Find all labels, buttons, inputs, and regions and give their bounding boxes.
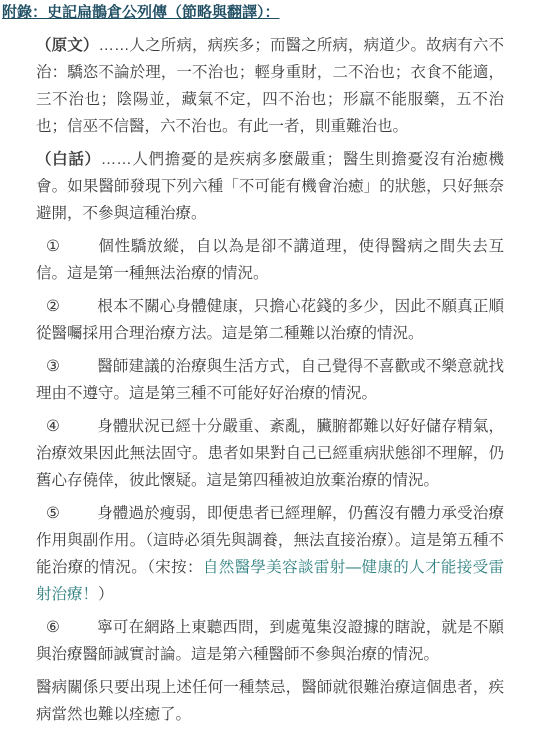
- document-page: 附錄：史記扁鵲倉公列傳（節略與翻譯）： （原文）……人之所病，病疾多；而醫之所病…: [0, 0, 541, 728]
- laser-article-link[interactable]: 自然醫學美容談雷射—健康的人才能接受雷射治療！: [36, 559, 504, 603]
- numbered-paragraph: ⑤身體過於瘦弱，即便患者已經理解，仍舊沒有體力承受治療作用與副作用。（這時必須先…: [36, 500, 504, 608]
- item-number: ④: [46, 418, 60, 435]
- paragraph-label: （白話）: [36, 151, 101, 168]
- item-number: ①: [46, 238, 61, 255]
- numbered-paragraph: ①個性驕放縱，自以為是卻不講道理，使得醫病之間失去互信。這是第一種無法治療的情況…: [36, 233, 504, 287]
- paragraph: （原文）……人之所病，病疾多；而醫之所病，病道少。故病有六不治：驕恣不論於理，一…: [36, 32, 504, 140]
- numbered-paragraph: ④身體狀況已經十分嚴重、紊亂，臟腑都難以好好儲存精氣，治療效果因此無法固守。患者…: [36, 413, 504, 494]
- numbered-paragraph: ⑥寧可在網路上東聽西問，到處蒐集沒證據的瞎說，就是不願與治療醫師誠實討論。這是第…: [36, 614, 504, 668]
- page-title: 附錄：史記扁鵲倉公列傳（節略與翻譯）：: [2, 4, 541, 22]
- item-number: ⑤: [46, 505, 60, 522]
- paragraph: （白話）……人們擔憂的是疾病多麼嚴重；醫生則擔憂沒有治癒機會。如果醫師發現下列六…: [36, 146, 504, 227]
- numbered-paragraph: ③醫師建議的治療與生活方式，自己覺得不喜歡或不樂意就找理由不遵守。這是第三種不可…: [36, 353, 504, 407]
- numbered-paragraph: ②根本不關心身體健康，只擔心花錢的多少，因此不願真正順從醫囑採用合理治療方法。這…: [36, 293, 504, 347]
- paragraph-list: （原文）……人之所病，病疾多；而醫之所病，病道少。故病有六不治：驕恣不論於理，一…: [2, 32, 541, 728]
- paragraph: 醫病關係只要出現上述任何一種禁忌，醫師就很難治療這個患者，疾病當然也難以痊癒了。: [36, 674, 504, 728]
- item-number: ③: [46, 358, 60, 375]
- paragraph-label: （原文）: [36, 37, 98, 54]
- item-number: ⑥: [46, 619, 60, 636]
- item-number: ②: [46, 298, 60, 315]
